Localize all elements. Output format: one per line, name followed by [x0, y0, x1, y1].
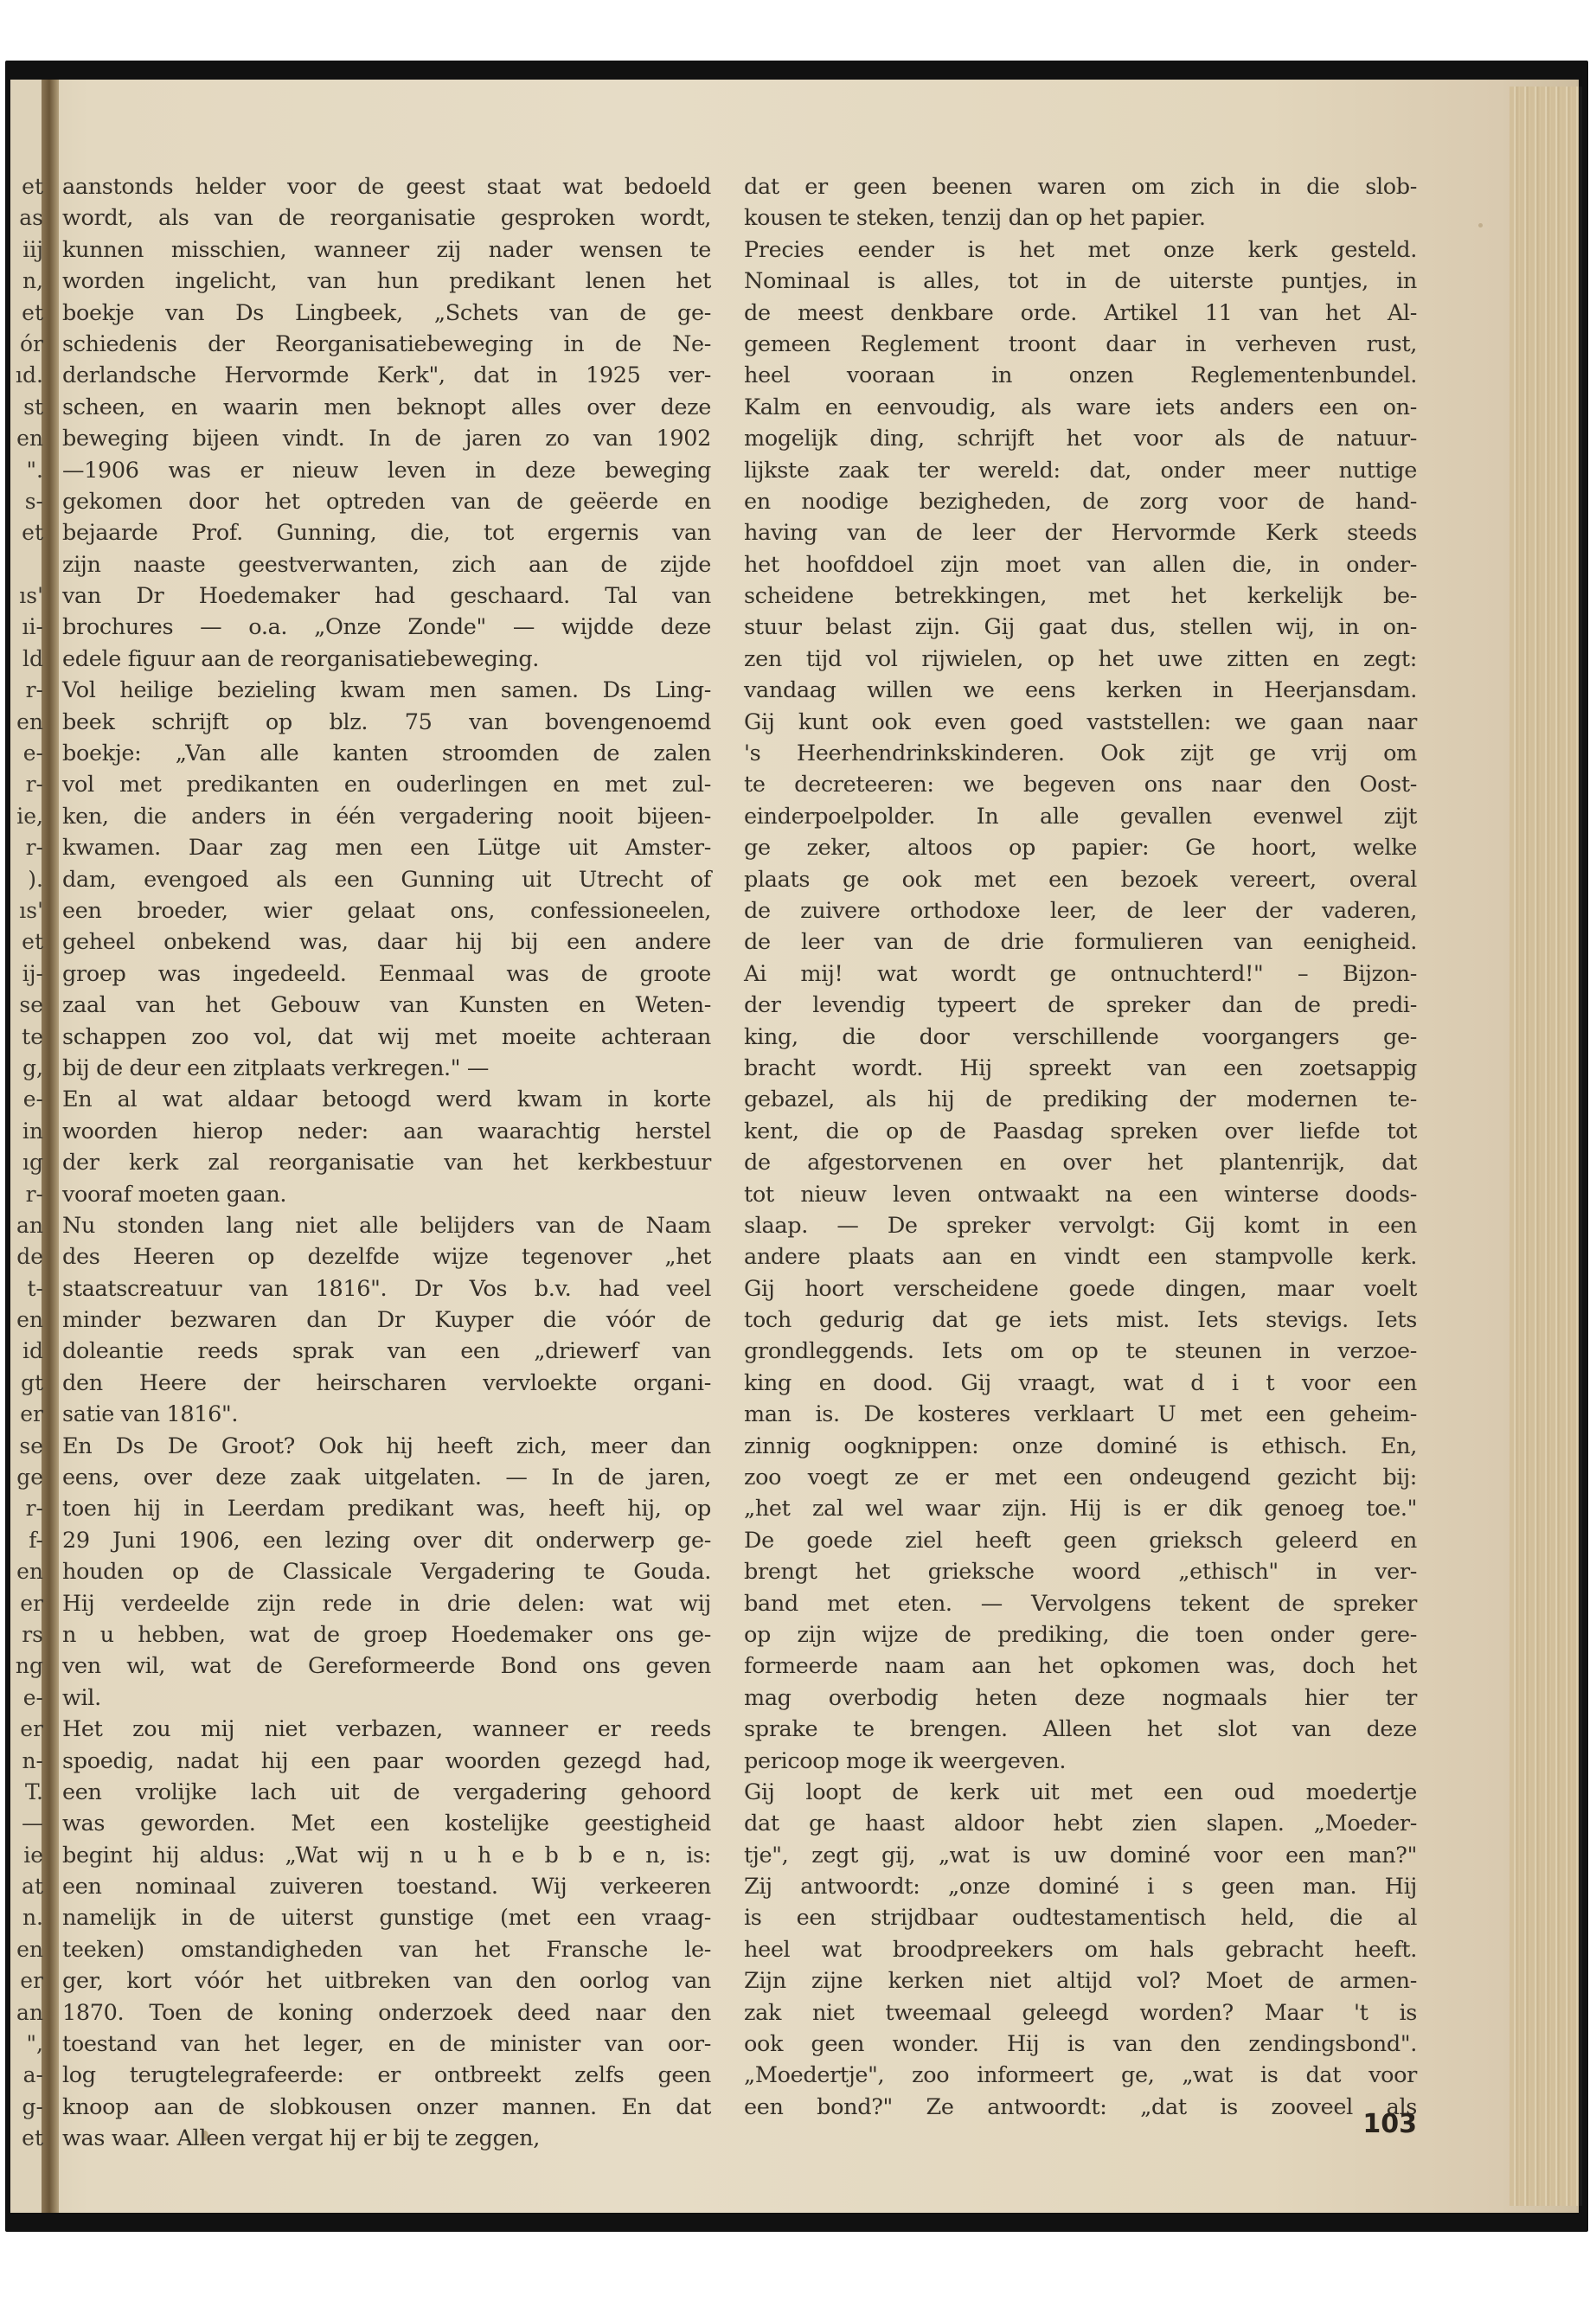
- text-line: op zijn wijze de prediking, die toen ond…: [744, 1619, 1417, 1650]
- text-line: „Moedertje", zoo informeert ge, „wat is …: [744, 2060, 1417, 2091]
- text-line: pericoop moge ik weergeven.: [744, 1746, 1417, 1777]
- text-line: toestand van het leger, en de minister v…: [62, 2029, 711, 2060]
- text-line: vooraf moeten gaan.: [62, 1179, 711, 1210]
- margin-fragment: e-: [9, 738, 43, 769]
- text-line: „het zal wel waar zijn. Hij is er dik ge…: [744, 1493, 1417, 1524]
- text-line: dat ge haast aldoor hebt zien slapen. „M…: [744, 1808, 1417, 1839]
- text-line: schappen zoo vol, dat wij met moeite ach…: [62, 1022, 711, 1053]
- text-line: doleantie reeds sprak van een „driewerf …: [62, 1336, 711, 1367]
- text-line: Het zou mij niet verbazen, wanneer er re…: [62, 1714, 711, 1745]
- margin-fragment: er: [9, 1965, 43, 1997]
- text-line: king, die door verschillende voorgangers…: [744, 1022, 1417, 1053]
- text-line: het hoofddoel zijn moet van allen die, i…: [744, 549, 1417, 580]
- margin-fragment: [9, 549, 43, 580]
- margin-fragment: ).: [9, 864, 43, 895]
- margin-fragment: t-: [9, 1273, 43, 1304]
- text-line: vandaag willen we eens kerken in Heerjan…: [744, 675, 1417, 706]
- margin-fragment: en: [9, 1304, 43, 1336]
- text-line: een bond?" Ze antwoordt: „dat is zooveel…: [744, 2092, 1417, 2123]
- margin-fragment: a-: [9, 2060, 43, 2091]
- margin-fragment: ıg: [9, 1147, 43, 1178]
- text-line: der kerk zal reorganisatie van het kerkb…: [62, 1147, 711, 1178]
- margin-fragment: en: [9, 1556, 43, 1587]
- margin-fragment: er: [9, 1714, 43, 1745]
- text-line: Kalm en eenvoudig, als ware iets anders …: [744, 392, 1417, 423]
- margin-fragment: st: [9, 392, 43, 423]
- paper-stain: [1478, 223, 1483, 228]
- text-line: 29 Juni 1906, een lezing over dit onderw…: [62, 1525, 711, 1556]
- text-line: having van de leer der Hervormde Kerk st…: [744, 517, 1417, 548]
- text-line: stuur belast zijn. Gij gaat dus, stellen…: [744, 612, 1417, 643]
- margin-fragment: an: [9, 1210, 43, 1241]
- text-line: ger, kort vóór het uitbreken van den oor…: [62, 1965, 711, 1997]
- text-line: satie van 1816".: [62, 1399, 711, 1430]
- margin-fragment: et: [9, 298, 43, 329]
- text-line: vol met predikanten en ouderlingen en me…: [62, 769, 711, 800]
- margin-fragment: er: [9, 1399, 43, 1430]
- text-line: dam, evengoed als een Gunning uit Utrech…: [62, 864, 711, 895]
- text-line: plaats ge ook met een bezoek vereert, ov…: [744, 864, 1417, 895]
- text-line: boekje: „Van alle kanten stroomden de za…: [62, 738, 711, 769]
- book-gutter: [42, 80, 59, 2213]
- text-line: heel vooraan in onzen Reglementenbundel.: [744, 360, 1417, 391]
- text-line: Zijn zijne kerken niet altijd vol? Moet …: [744, 1965, 1417, 1997]
- margin-fragment: rs: [9, 1619, 43, 1650]
- text-line: de meest denkbare orde. Artikel 11 van h…: [744, 298, 1417, 329]
- text-line: lijkste zaak ter wereld: dat, onder meer…: [744, 455, 1417, 486]
- margin-fragment: e-: [9, 1682, 43, 1714]
- text-line: Zij antwoordt: „onze dominé i s geen man…: [744, 1871, 1417, 1902]
- text-line: aanstonds helder voor de geest staat wat…: [62, 171, 711, 202]
- text-line: Gij kunt ook even goed vaststellen: we g…: [744, 707, 1417, 738]
- margin-fragment: at: [9, 1871, 43, 1902]
- text-line: kent, die op de Paasdag spreken over lie…: [744, 1116, 1417, 1147]
- text-line: gemeen Reglement troont daar in verheven…: [744, 329, 1417, 360]
- margin-fragment: in: [9, 1116, 43, 1147]
- text-line: einderpoelpolder. In alle gevallen evenw…: [744, 801, 1417, 832]
- text-line: bejaarde Prof. Gunning, die, tot ergerni…: [62, 517, 711, 548]
- margin-fragment: ld: [9, 644, 43, 675]
- text-line: slaap. — De spreker vervolgt: Gij komt i…: [744, 1210, 1417, 1241]
- margin-fragment: n-: [9, 1746, 43, 1777]
- text-line: een vrolijke lach uit de vergadering geh…: [62, 1777, 711, 1808]
- margin-fragment: e-: [9, 1084, 43, 1115]
- margin-fragment: de: [9, 1241, 43, 1272]
- left-text-column: aanstonds helder voor de geest staat wat…: [62, 171, 711, 2155]
- margin-fragment: r-: [9, 1179, 43, 1210]
- text-line: woorden hierop neder: aan waarachtig her…: [62, 1116, 711, 1147]
- text-line: sprake te brengen. Alleen het slot van d…: [744, 1714, 1417, 1745]
- text-line: edele figuur aan de reorganisatiebewegin…: [62, 644, 711, 675]
- margin-fragment: ór: [9, 329, 43, 360]
- text-line: Nu stonden lang niet alle belijders van …: [62, 1210, 711, 1241]
- margin-fragment: g-: [9, 2092, 43, 2123]
- text-line: Vol heilige bezieling kwam men samen. Ds…: [62, 675, 711, 706]
- text-line: een nominaal zuiveren toestand. Wij verk…: [62, 1871, 711, 1902]
- text-line: 1870. Toen de koning onderzoek deed naar…: [62, 1997, 711, 2029]
- text-line: beweging bijeen vindt. In de jaren zo va…: [62, 423, 711, 454]
- margin-fragment: ",: [9, 2029, 43, 2060]
- margin-fragment: id: [9, 1336, 43, 1367]
- text-line: brengt het grieksche woord „ethisch" in …: [744, 1556, 1417, 1587]
- margin-fragment: ".: [9, 455, 43, 486]
- text-line: geheel onbekend was, daar hij bij een an…: [62, 926, 711, 958]
- margin-fragment: as: [9, 202, 43, 234]
- margin-fragment: n.: [9, 1902, 43, 1933]
- margin-fragment: en: [9, 707, 43, 738]
- text-line: zijn naaste geestverwanten, zich aan de …: [62, 549, 711, 580]
- text-line: scheidene betrekkingen, met het kerkelij…: [744, 580, 1417, 612]
- text-line: namelijk in de uiterst gunstige (met een…: [62, 1902, 711, 1933]
- text-line: zen tijd vol rijwielen, op het uwe zitte…: [744, 644, 1417, 675]
- text-line: was waar. Alleen vergat hij er bij te ze…: [62, 2123, 711, 2154]
- text-line: beek schrijft op blz. 75 van bovengenoem…: [62, 707, 711, 738]
- text-line: des Heeren op dezelfde wijze tegenover „…: [62, 1241, 711, 1272]
- right-text-column: dat er geen beenen waren om zich in die …: [744, 171, 1417, 2123]
- text-line: kwamen. Daar zag men een Lütge uit Amste…: [62, 832, 711, 863]
- text-line: den Heere der heirscharen vervloekte org…: [62, 1368, 711, 1399]
- text-line: eens, over deze zaak uitgelaten. — In de…: [62, 1462, 711, 1493]
- text-line: zoo voegt ze er met een ondeugend gezich…: [744, 1462, 1417, 1493]
- margin-fragment: te: [9, 1022, 43, 1053]
- text-line: van Dr Hoedemaker had geschaard. Tal van: [62, 580, 711, 612]
- text-line: boekje van Ds Lingbeek, „Schets van de g…: [62, 298, 711, 329]
- text-line: En Ds De Groot? Ook hij heeft zich, meer…: [62, 1431, 711, 1462]
- margin-fragment: ıs': [9, 580, 43, 612]
- page-number: 103: [1332, 2109, 1417, 2139]
- text-line: toch gedurig dat ge iets mist. Iets stev…: [744, 1304, 1417, 1336]
- text-line: gebazel, als hij de prediking der modern…: [744, 1084, 1417, 1115]
- text-line: zinnig oogknippen: onze dominé is ethisc…: [744, 1431, 1417, 1462]
- margin-fragment: ie: [9, 1840, 43, 1871]
- margin-fragment: et: [9, 2123, 43, 2154]
- text-line: te decreteeren: we begeven ons naar den …: [744, 769, 1417, 800]
- text-line: der levendig typeert de spreker dan de p…: [744, 990, 1417, 1021]
- margin-fragment: n,: [9, 266, 43, 297]
- text-line: was geworden. Met een kostelijke geestig…: [62, 1808, 711, 1839]
- margin-fragment: r-: [9, 832, 43, 863]
- text-line: brochures — o.a. „Onze Zonde" — wijdde d…: [62, 612, 711, 643]
- margin-fragment: se: [9, 990, 43, 1021]
- text-line: derlandsche Hervormde Kerk", dat in 1925…: [62, 360, 711, 391]
- margin-fragment: r-: [9, 1493, 43, 1524]
- text-line: is een strijdbaar oudtestamentisch held,…: [744, 1902, 1417, 1933]
- margin-fragment: ng: [9, 1650, 43, 1682]
- margin-fragment: ıd.: [9, 360, 43, 391]
- margin-fragment: iij: [9, 234, 43, 266]
- text-line: formeerde naam aan het opkomen was, doch…: [744, 1650, 1417, 1682]
- margin-fragment: en: [9, 423, 43, 454]
- text-line: kunnen misschien, wanneer zij nader wens…: [62, 234, 711, 266]
- text-line: log terugtelegrafeerde: er ontbreekt zel…: [62, 2060, 711, 2091]
- text-line: teeken) omstandigheden van het Fransche …: [62, 1934, 711, 1965]
- margin-fragment: ıs': [9, 895, 43, 926]
- text-line: gekomen door het optreden van de geëerde…: [62, 486, 711, 517]
- text-line: tot nieuw leven ontwaakt na een winterse…: [744, 1179, 1417, 1210]
- text-line: knoop aan de slobkousen onzer mannen. En…: [62, 2092, 711, 2123]
- margin-fragment: f-: [9, 1525, 43, 1556]
- margin-fragment: ge: [9, 1462, 43, 1493]
- text-line: de afgestorvenen en over het plantenrijk…: [744, 1147, 1417, 1178]
- margin-fragment: r-: [9, 769, 43, 800]
- text-line: Nominaal is alles, tot in de uiterste pu…: [744, 266, 1417, 297]
- text-line: een broeder, wier gelaat ons, confession…: [62, 895, 711, 926]
- text-line: —1906 was er nieuw leven in deze bewegin…: [62, 455, 711, 486]
- text-line: worden ingelicht, van hun predikant lene…: [62, 266, 711, 297]
- text-line: schiedenis der Reorganisatiebeweging in …: [62, 329, 711, 360]
- text-line: staatscreatuur van 1816". Dr Vos b.v. ha…: [62, 1273, 711, 1304]
- text-line: De goede ziel heeft geen grieksch geleer…: [744, 1525, 1417, 1556]
- text-line: de leer van de drie formulieren van eeni…: [744, 926, 1417, 958]
- margin-fragment: et: [9, 517, 43, 548]
- text-line: de zuivere orthodoxe leer, de leer der v…: [744, 895, 1417, 926]
- text-line: Gij loopt de kerk uit met een oud moeder…: [744, 1777, 1417, 1808]
- margin-fragment: s-: [9, 486, 43, 517]
- text-line: n u hebben, wat de groep Hoedemaker ons …: [62, 1619, 711, 1650]
- text-line: andere plaats aan en vindt een stampvoll…: [744, 1241, 1417, 1272]
- text-line: ven wil, wat de Gereformeerde Bond ons g…: [62, 1650, 711, 1682]
- text-line: band met eten. — Vervolgens tekent de sp…: [744, 1588, 1417, 1619]
- margin-fragment: ıi-: [9, 612, 43, 643]
- margin-fragment: ij-: [9, 958, 43, 990]
- text-line: toen hij in Leerdam predikant was, heeft…: [62, 1493, 711, 1524]
- text-line: zak niet tweemaal geleegd worden? Maar '…: [744, 1997, 1417, 2029]
- previous-page-text-fragments: etasiijn,etórıd.sten".s-etıs'ıi-ldr-ene-…: [9, 171, 43, 2155]
- text-line: man is. De kosteres verklaart U met een …: [744, 1399, 1417, 1430]
- text-line: spoedig, nadat hij een paar woorden geze…: [62, 1746, 711, 1777]
- text-line: mag overbodig heten deze nogmaals hier t…: [744, 1682, 1417, 1714]
- text-line: houden op de Classicale Vergadering te G…: [62, 1556, 711, 1587]
- text-line: heel wat broodpreekers om hals gebracht …: [744, 1934, 1417, 1965]
- text-line: 's Heerhendrinkskinderen. Ook zijt ge vr…: [744, 738, 1417, 769]
- text-line: grondleggends. Iets om op te steunen in …: [744, 1336, 1417, 1367]
- text-line: scheen, en waarin men beknopt alles over…: [62, 392, 711, 423]
- margin-fragment: T.: [9, 1777, 43, 1808]
- text-line: minder bezwaren dan Dr Kuyper die vóór d…: [62, 1304, 711, 1336]
- text-line: tje", zegt gij, „wat is uw dominé voor e…: [744, 1840, 1417, 1871]
- text-line: groep was ingedeeld. Eenmaal was de groo…: [62, 958, 711, 990]
- margin-fragment: et: [9, 171, 43, 202]
- text-line: en noodige bezigheden, de zorg voor de h…: [744, 486, 1417, 517]
- margin-fragment: et: [9, 926, 43, 958]
- text-line: ge zeker, altoos op papier: Ge hoort, we…: [744, 832, 1417, 863]
- text-line: Hij verdeelde zijn rede in drie delen: w…: [62, 1588, 711, 1619]
- text-line: ook geen wonder. Hij is van den zendings…: [744, 2029, 1417, 2060]
- text-line: Ai mij! wat wordt ge ontnuchterd!" – Bij…: [744, 958, 1417, 990]
- text-line: bij de deur een zitplaats verkregen." —: [62, 1053, 711, 1084]
- margin-fragment: g,: [9, 1053, 43, 1084]
- margin-fragment: r-: [9, 675, 43, 706]
- margin-fragment: gt: [9, 1368, 43, 1399]
- margin-fragment: en: [9, 1934, 43, 1965]
- text-line: dat er geen beenen waren om zich in die …: [744, 171, 1417, 202]
- text-line: zaal van het Gebouw van Kunsten en Weten…: [62, 990, 711, 1021]
- text-line: king en dood. Gij vraagt, wat d i t voor…: [744, 1368, 1417, 1399]
- text-line: Precies eender is het met onze kerk gest…: [744, 234, 1417, 266]
- page-edges: [1509, 87, 1582, 2206]
- margin-fragment: an: [9, 1997, 43, 2029]
- margin-fragment: ie,: [9, 801, 43, 832]
- text-line: begint hij aldus: „Wat wij n u h e b b e…: [62, 1840, 711, 1871]
- text-line: En al wat aldaar betoogd werd kwam in ko…: [62, 1084, 711, 1115]
- margin-fragment: se: [9, 1431, 43, 1462]
- text-line: wil.: [62, 1682, 711, 1714]
- text-line: wordt, als van de reorganisatie gesproke…: [62, 202, 711, 234]
- margin-fragment: —: [9, 1808, 43, 1839]
- text-line: ken, die anders in één vergadering nooit…: [62, 801, 711, 832]
- text-line: kousen te steken, tenzij dan op het papi…: [744, 202, 1417, 234]
- text-line: Gij hoort verscheidene goede dingen, maa…: [744, 1273, 1417, 1304]
- text-line: mogelijk ding, schrijft het voor als de …: [744, 423, 1417, 454]
- text-line: bracht wordt. Hij spreekt van een zoetsa…: [744, 1053, 1417, 1084]
- margin-fragment: er: [9, 1588, 43, 1619]
